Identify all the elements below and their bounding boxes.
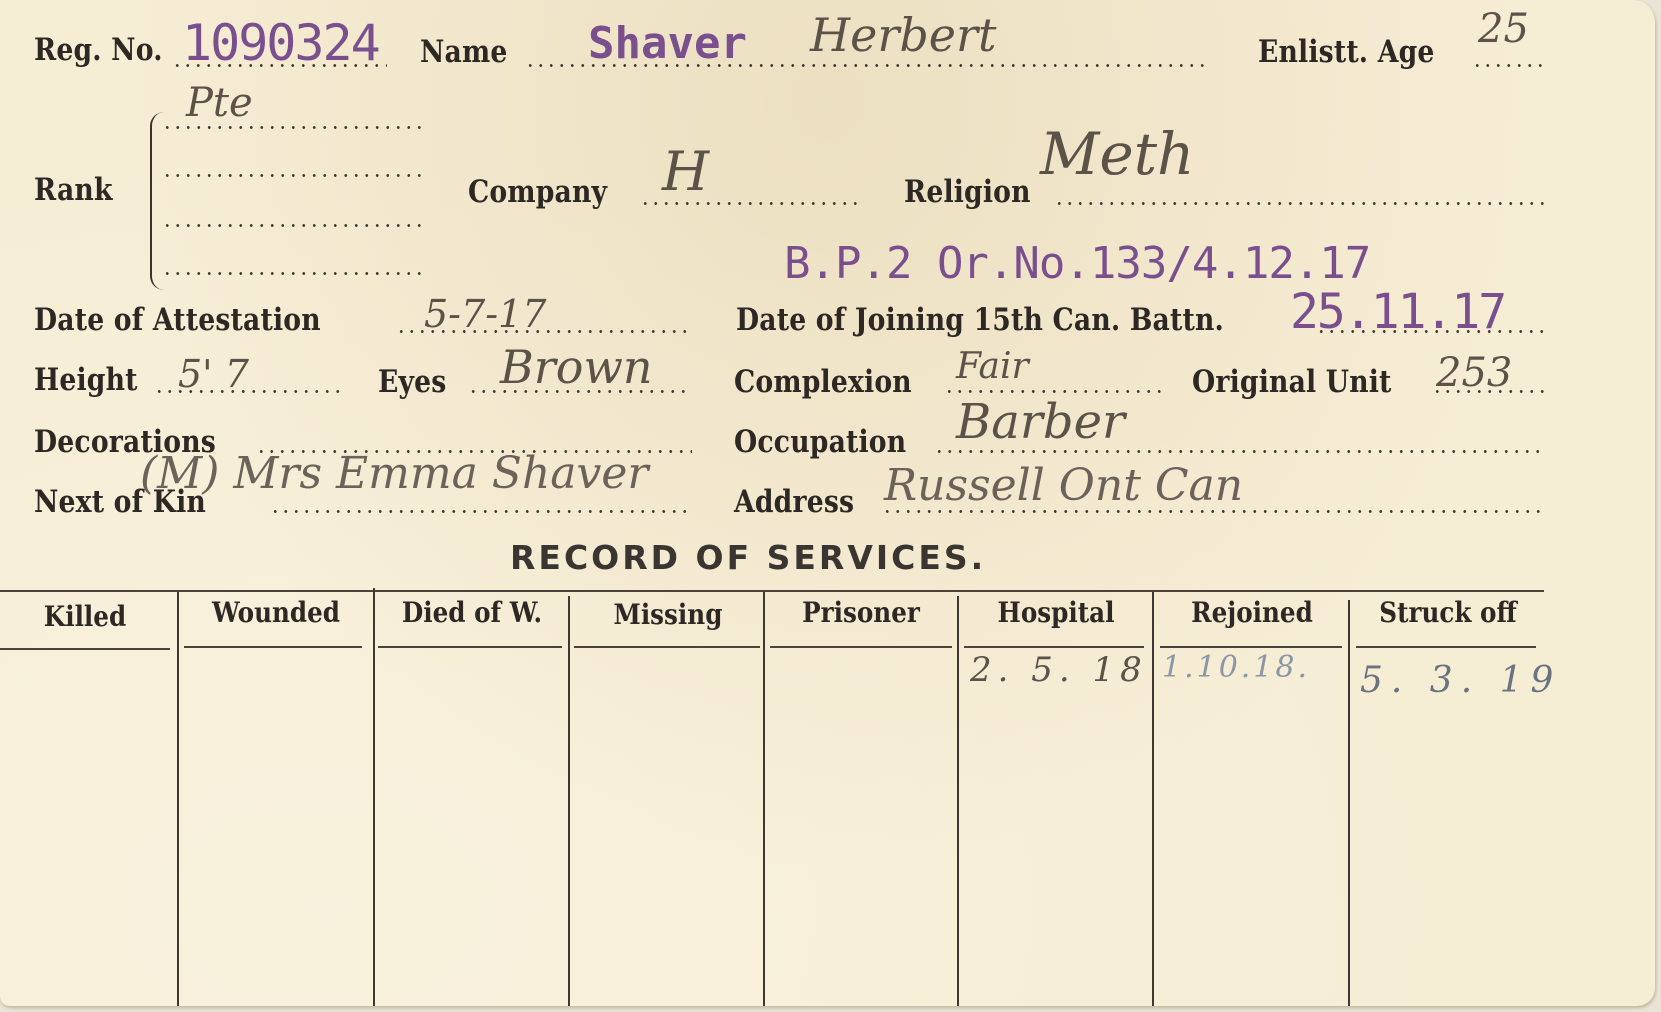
entry-rejoined: 1.10.18. <box>1162 650 1310 685</box>
column-divider-3 <box>568 596 570 1006</box>
address-label: Address <box>734 484 854 520</box>
original-unit-label: Original Unit <box>1192 364 1392 400</box>
company-value: H <box>662 140 709 203</box>
eyes-label: Eyes <box>378 364 446 400</box>
column-divider-1 <box>177 592 179 1006</box>
rank-brace <box>150 112 166 290</box>
entry-struck-off: 5. 3. 19 <box>1360 660 1561 701</box>
religion-value: Meth <box>1040 120 1194 188</box>
complexion-value: Fair <box>956 346 1029 387</box>
record-title: RECORD OF SERVICES. <box>510 538 986 577</box>
header-underline-5 <box>770 646 952 648</box>
column-header-wounded: Wounded <box>192 596 361 629</box>
column-divider-5 <box>957 596 959 1006</box>
height-label: Height <box>34 362 138 398</box>
header-underline-8 <box>1356 646 1536 648</box>
header-underline-1 <box>0 648 170 650</box>
name-label: Name <box>420 34 508 70</box>
given-name-value: Herbert <box>810 8 996 62</box>
header-underline-2 <box>184 646 362 648</box>
header-underline-3 <box>378 646 562 648</box>
header-underline-4 <box>574 646 760 648</box>
joining-value: 25.11.17 <box>1290 284 1505 340</box>
column-header-died-of-wounds: Died of W. <box>388 596 557 629</box>
occupation-label: Occupation <box>734 424 906 460</box>
header-underline-6 <box>964 646 1144 648</box>
height-value: 5' 7 <box>178 352 249 396</box>
order-stamp: B.P.2 Or.No.133/4.12.17 <box>784 238 1370 289</box>
surname-value: Shaver <box>588 18 747 69</box>
column-divider-7 <box>1348 600 1350 1006</box>
reg-no-value: 1090324 <box>182 14 379 72</box>
column-header-missing: Missing <box>584 598 753 631</box>
rank-line-2 <box>162 174 424 177</box>
occupation-value: Barber <box>956 394 1125 450</box>
service-record-card: Reg. No. 1090324 Name Shaver Herbert Enl… <box>0 0 1655 1006</box>
column-header-struck-off: Struck off <box>1364 596 1533 629</box>
company-label: Company <box>468 174 607 210</box>
address-value: Russell Ont Can <box>884 460 1243 511</box>
enlist-age-value: 25 <box>1478 6 1529 52</box>
column-divider-4 <box>763 592 765 1006</box>
header-underline-7 <box>1160 646 1342 648</box>
rank-value: Pte <box>186 80 253 126</box>
occupation-dots <box>934 450 1544 453</box>
rank-line-1 <box>162 126 424 129</box>
attestation-label: Date of Attestation <box>34 302 321 338</box>
entry-hospital: 2. 5. 18 <box>970 650 1148 690</box>
rank-label: Rank <box>34 172 113 208</box>
rank-line-4 <box>162 272 424 275</box>
complexion-dots <box>944 390 1168 393</box>
column-divider-2 <box>373 588 375 1006</box>
enlist-age-dots <box>1472 64 1544 67</box>
next-of-kin-value: (M) Mrs Emma Shaver <box>140 448 648 499</box>
eyes-value: Brown <box>500 340 653 394</box>
reg-no-label: Reg. No. <box>34 32 163 68</box>
table-top-rule <box>0 590 1544 592</box>
column-header-killed: Killed <box>10 600 160 633</box>
column-header-hospital: Hospital <box>972 596 1141 629</box>
column-header-prisoner: Prisoner <box>777 596 944 629</box>
column-divider-6 <box>1152 592 1154 1006</box>
original-unit-value: 253 <box>1436 350 1512 396</box>
religion-dots <box>1054 202 1544 205</box>
column-header-rejoined: Rejoined <box>1168 596 1337 629</box>
next-of-kin-dots <box>270 510 692 513</box>
attestation-value: 5-7-17 <box>424 292 546 336</box>
complexion-label: Complexion <box>734 364 912 400</box>
joining-label: Date of Joining 15th Can. Battn. <box>736 302 1224 338</box>
religion-label: Religion <box>904 174 1031 210</box>
enlist-age-label: Enlistt. Age <box>1258 34 1435 70</box>
rank-line-3 <box>162 224 424 227</box>
